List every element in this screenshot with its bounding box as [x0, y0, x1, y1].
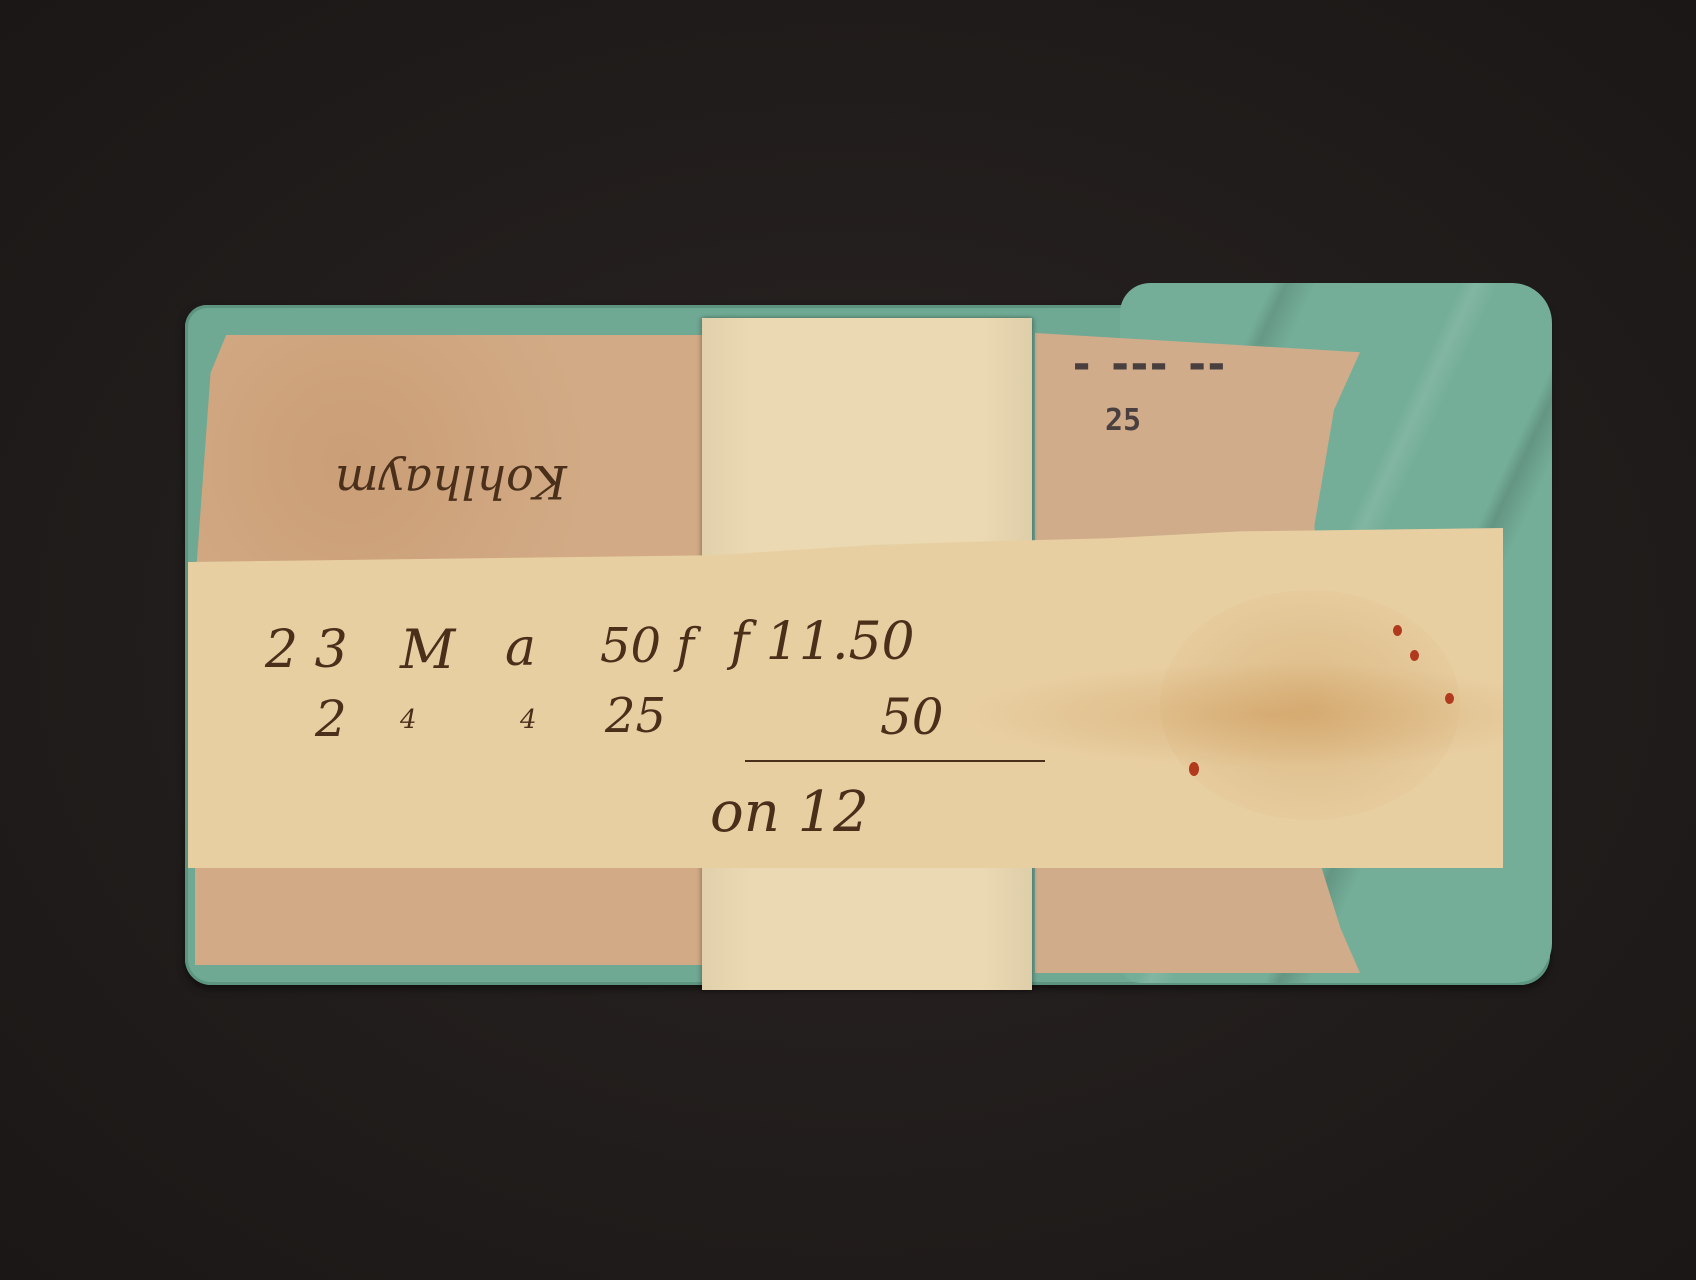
note-r2-c3: 4: [520, 705, 537, 735]
note-r1-c5: f 11.50: [730, 612, 915, 672]
note-r2-c1: 2: [315, 690, 347, 748]
sum-rule-line: [745, 760, 1045, 762]
note-r2-c5: 50: [880, 688, 944, 746]
note-r1-c4: 50 f: [600, 618, 694, 674]
note-r2-c4: 25: [605, 688, 666, 744]
water-stain: [1160, 590, 1460, 820]
photo-scene: Kohlhaym ▬ ▬▬▬ ▬▬ 25 2 3 M a 50 f f 11.5…: [0, 0, 1696, 1280]
red-wax-spot: [1393, 625, 1402, 636]
red-wax-spot: [1445, 693, 1454, 704]
note-r1-c3: a: [505, 618, 536, 678]
red-wax-spot: [1189, 762, 1199, 776]
note-r1-c2: M: [400, 618, 455, 681]
red-wax-spot: [1410, 650, 1419, 661]
note-total: on 12: [710, 780, 869, 845]
note-r2-c2: 4: [400, 705, 417, 735]
postal-stamp-marks: ▬ ▬▬▬ ▬▬: [1075, 353, 1229, 378]
note-r1-c1: 2 3: [265, 620, 348, 680]
upside-down-script: Kohlhaym: [335, 455, 567, 509]
postal-stamp-value: 25: [1105, 403, 1141, 438]
